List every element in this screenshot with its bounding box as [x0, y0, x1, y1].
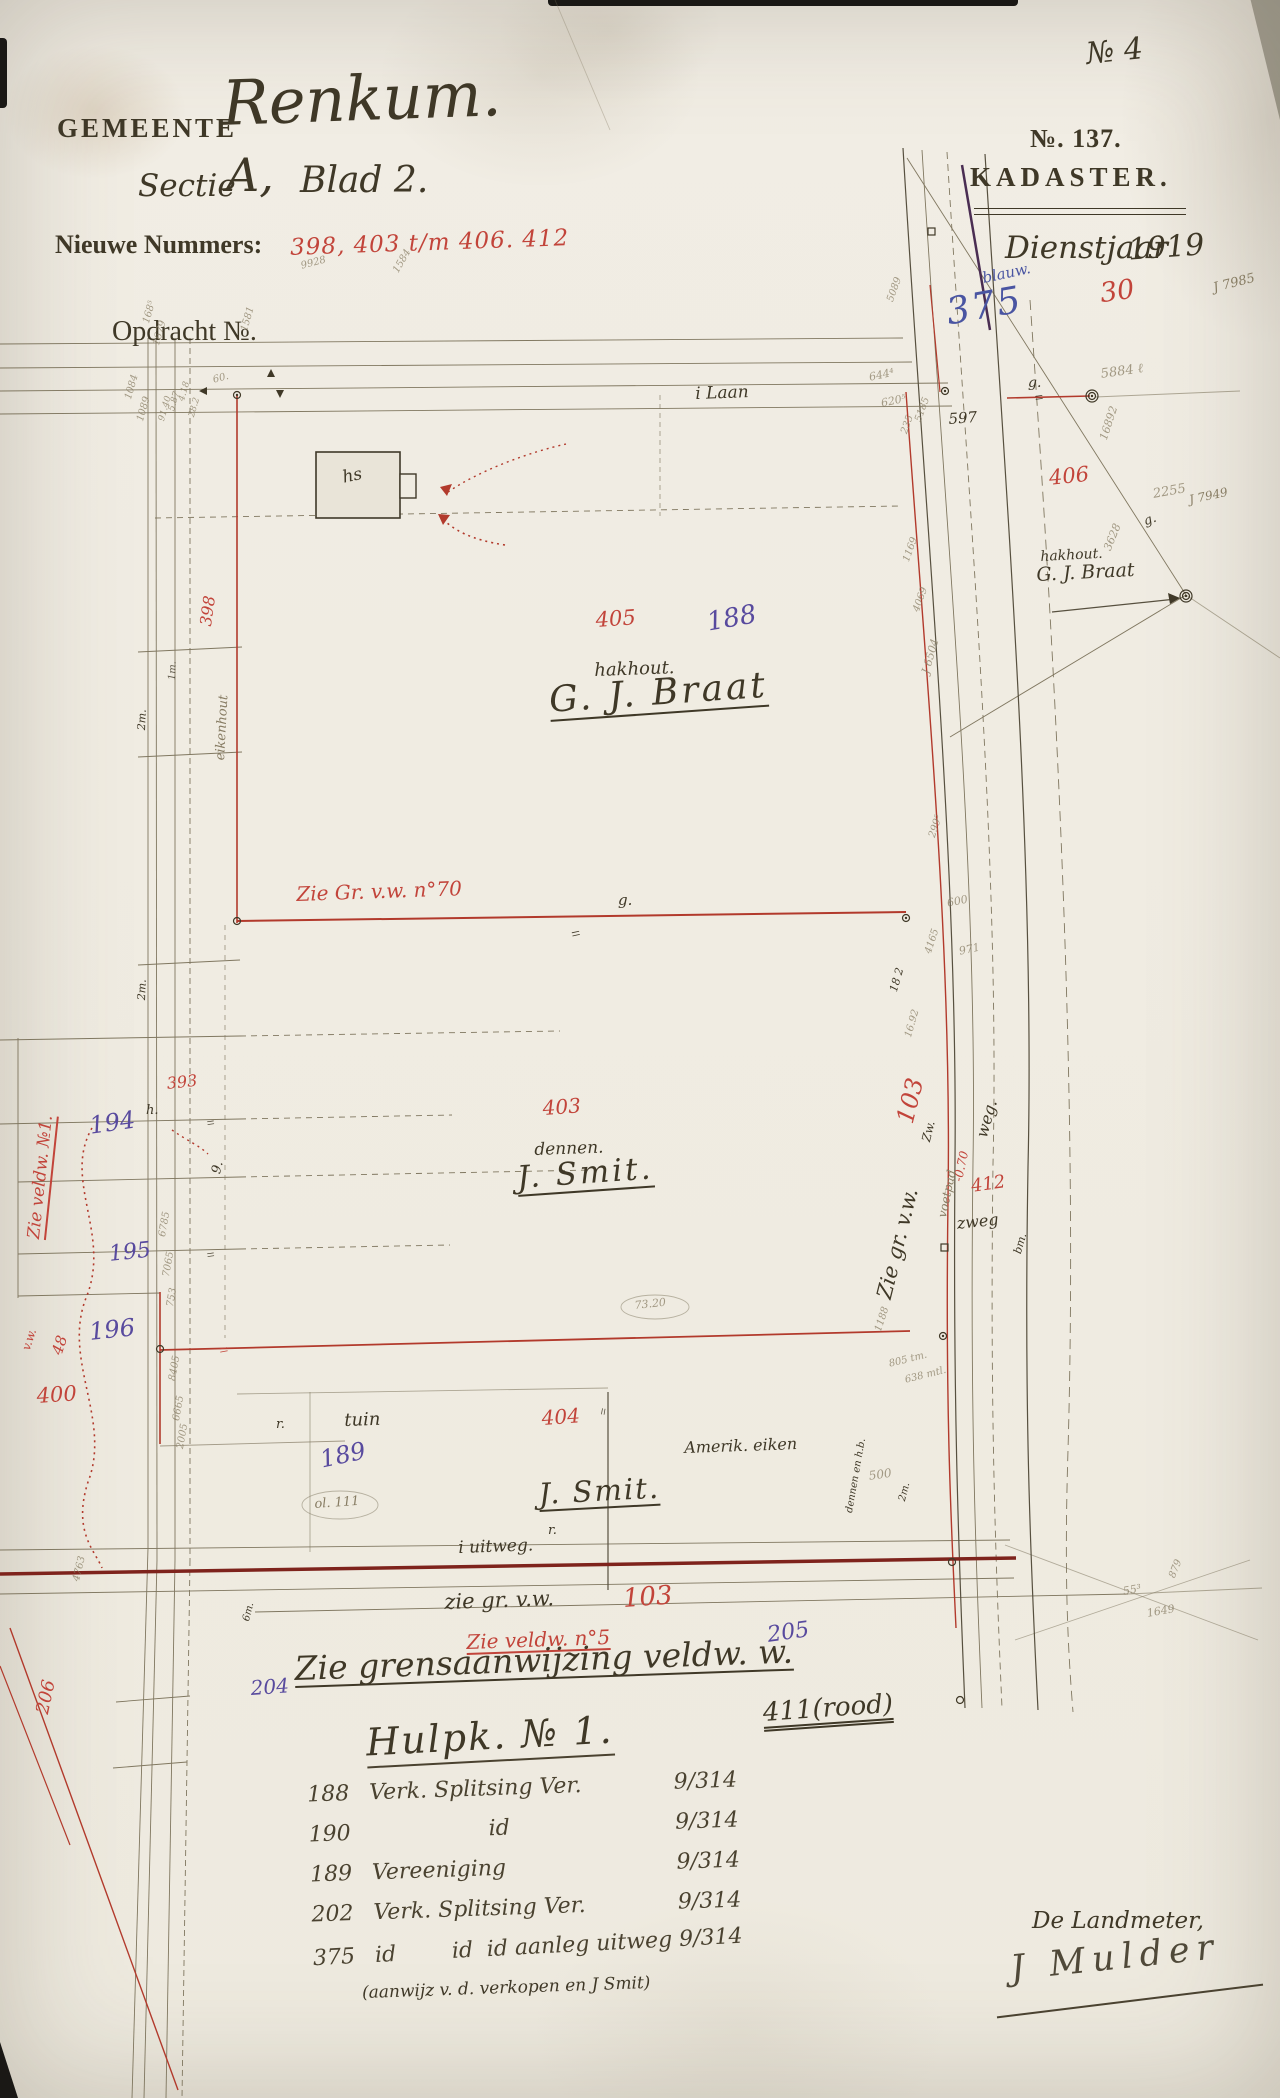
building-footprint [316, 452, 416, 518]
map-label: 398 [198, 595, 218, 627]
map-label: g. [618, 893, 632, 908]
map-label: 16.92 [904, 1008, 922, 1038]
scan-edge-left [0, 38, 7, 108]
blue-parcel-number: 375 [943, 278, 1026, 334]
map-label: zweg [956, 1212, 999, 1232]
map-label: 299⁵ [928, 814, 945, 839]
map-label: 411(rood) [762, 1691, 894, 1732]
map-label: 5089 [886, 276, 904, 303]
map-label: = [206, 1249, 216, 1264]
map-label: J 7985 [1212, 272, 1256, 295]
hulpk-register: 188Verk. Splitsing Ver.9/314190id9/31418… [307, 1761, 744, 1976]
map-label: 188 [705, 601, 758, 635]
map-label: 4763 [72, 1555, 88, 1582]
map-label: Zie veldw. №1. [26, 1114, 59, 1240]
map-label: 6m. [242, 1602, 256, 1623]
scan-edge-corner-tr [1238, 0, 1280, 120]
cadastral-sheet: GEMEENTE Renkum. Sectie A, Blad 2. Nieuw… [0, 0, 1280, 2098]
map-label: = [570, 926, 582, 944]
map-label: 48 [50, 1334, 70, 1357]
map-label: 4165 [924, 928, 941, 955]
map-label: 879 [1168, 1558, 1184, 1579]
map-label: r. [548, 1524, 557, 1537]
scan-edge-top [548, 0, 1018, 6]
map-label: 103 [893, 1076, 927, 1126]
map-label: zie gr. v.w. [444, 1588, 554, 1613]
map-label: Zie grensaanwijzing veldw. w. [294, 1635, 793, 1688]
map-label: 16892 [1098, 405, 1119, 442]
map-label: 60. [212, 372, 230, 386]
map-label: 9. [210, 1160, 226, 1175]
map-label: 2005 [176, 1423, 190, 1450]
map-label: r. [276, 1418, 285, 1431]
map-label: 403 [542, 1095, 581, 1118]
hulpk-note: (aanwijz v. d. verkopen en J Smit) [362, 1973, 651, 2003]
map-label: 1169 [902, 536, 920, 563]
map-label: 971 [958, 942, 981, 957]
red-number: 30 [1098, 274, 1136, 309]
sectie-label: Sectie [138, 168, 236, 204]
map-label: Zie gr. v.w. [874, 1186, 922, 1301]
map-label: 103 [622, 1583, 673, 1612]
map-label: 1089 [136, 396, 153, 423]
survey-points [157, 228, 1193, 1704]
map-label: J 7949 [1188, 486, 1229, 506]
map-label: 405 [595, 607, 636, 631]
map-label: = [218, 1342, 230, 1359]
map-label: Amerik. eiken [684, 1436, 797, 1456]
map-label: 204 [250, 1675, 289, 1698]
map-label: J. Smit. [538, 1474, 661, 1512]
map-label: 1188 [874, 1306, 891, 1333]
document-number: №. 137. [1030, 124, 1122, 154]
map-label: 28.2 [188, 397, 202, 419]
corner-number: № 4 [1084, 31, 1144, 72]
blad-value: Blad 2. [300, 160, 428, 201]
nieuwe-nummers-value: 398, 403 t/m 406. 412 [290, 225, 570, 261]
map-label: 4069 [912, 586, 930, 613]
map-label: g. [1028, 376, 1041, 390]
map-label: 753 [166, 1287, 179, 1308]
map-label: 189 [318, 1438, 368, 1471]
hulpk-title: Hulpk. № 1. [365, 1708, 615, 1769]
map-label: 73.20 [634, 1297, 666, 1311]
map-label: 7065 [162, 1251, 176, 1278]
landmeter-label: De Landmeter, [1032, 1908, 1204, 1934]
map-label: J 6504 [920, 637, 940, 675]
map-label: 404 [541, 1405, 580, 1428]
map-label: G. J. Braat [1036, 561, 1135, 585]
map-label: 8405 [168, 1355, 182, 1382]
map-label: 2m. [136, 979, 148, 1000]
map-label: 400 [36, 1383, 77, 1407]
map-label: 600 [946, 894, 969, 909]
map-label: 2255 [1152, 482, 1187, 501]
map-label: 500 [868, 1467, 892, 1482]
map-label: 6785 [158, 1211, 172, 1238]
map-label: dennen en h.b. [845, 1438, 868, 1514]
signature-flourish [997, 1984, 1263, 2019]
map-label: 1649 [1146, 1603, 1175, 1619]
map-label: 2m. [136, 709, 148, 730]
map-label: hs [341, 466, 364, 487]
map-label: i uitweg. [458, 1537, 534, 1557]
map-label: 196 [88, 1315, 136, 1344]
map-label: 18 2 [888, 966, 905, 993]
map-label: 2m. [898, 1482, 912, 1503]
map-label: 195 [108, 1240, 152, 1266]
map-label: 4.18 [178, 381, 192, 403]
map-label: J. Smit. [516, 1153, 655, 1196]
map-label: 55³ [1122, 1583, 1142, 1597]
map-label: h. [146, 1104, 159, 1117]
map-label: v.w. [20, 1327, 38, 1351]
map-label: 5185 [914, 396, 932, 423]
dienstjaar-value: 1919 [1127, 227, 1206, 267]
sectie-value: A, [226, 148, 274, 202]
map-label: Zw. [920, 1120, 937, 1143]
scan-edge-corner-bl [0, 2042, 18, 2098]
map-label: 412 [970, 1173, 1007, 1196]
map-label: 597 [948, 410, 978, 427]
map-label: 6665 [172, 1395, 186, 1422]
map-label: eikenhout [214, 694, 230, 760]
map-label: weg. [974, 1098, 1000, 1139]
map-label: 620⁵ [880, 393, 907, 409]
gemeente-label: GEMEENTE [57, 113, 237, 144]
map-label: g. [1142, 512, 1158, 528]
municipality-name: Renkum. [221, 57, 503, 140]
map-label: = [1034, 391, 1044, 407]
map-label: 206 [34, 1678, 59, 1715]
map-label: G. J. Braat [548, 668, 769, 722]
kadaster-title: KADASTER. [970, 162, 1172, 193]
map-label: = [206, 1117, 216, 1132]
map-label: ol. 111 [314, 1495, 360, 1511]
map-label: 1m. [168, 661, 179, 680]
map-label: i Laan [695, 384, 749, 403]
map-label: 1084 [124, 374, 141, 401]
map-label: 638 mtl. [904, 1366, 947, 1386]
kadaster-rule [974, 208, 1186, 215]
map-label: 393 [166, 1073, 198, 1092]
map-label: 644⁴ [868, 367, 895, 383]
map-label: tuin [344, 1411, 381, 1430]
map-label: bm. [1012, 1232, 1028, 1255]
map-label: 805 tm. [888, 1351, 928, 1370]
opdracht-label: Opdracht №. [112, 316, 257, 348]
map-label: 3628 [1102, 522, 1123, 552]
nieuwe-nummers-label: Nieuwe Nummers: [55, 230, 262, 260]
map-label: -0.70 [952, 1150, 970, 1183]
map-label: 5884 ℓ [1100, 362, 1144, 381]
map-label: 194 [88, 1108, 137, 1138]
map-label: Zie Gr. v.w. n°70 [296, 878, 462, 904]
map-label: 406 [1048, 464, 1090, 489]
surveyor-signature: J Mulder [1008, 1927, 1222, 1989]
map-label: = [596, 1407, 610, 1416]
